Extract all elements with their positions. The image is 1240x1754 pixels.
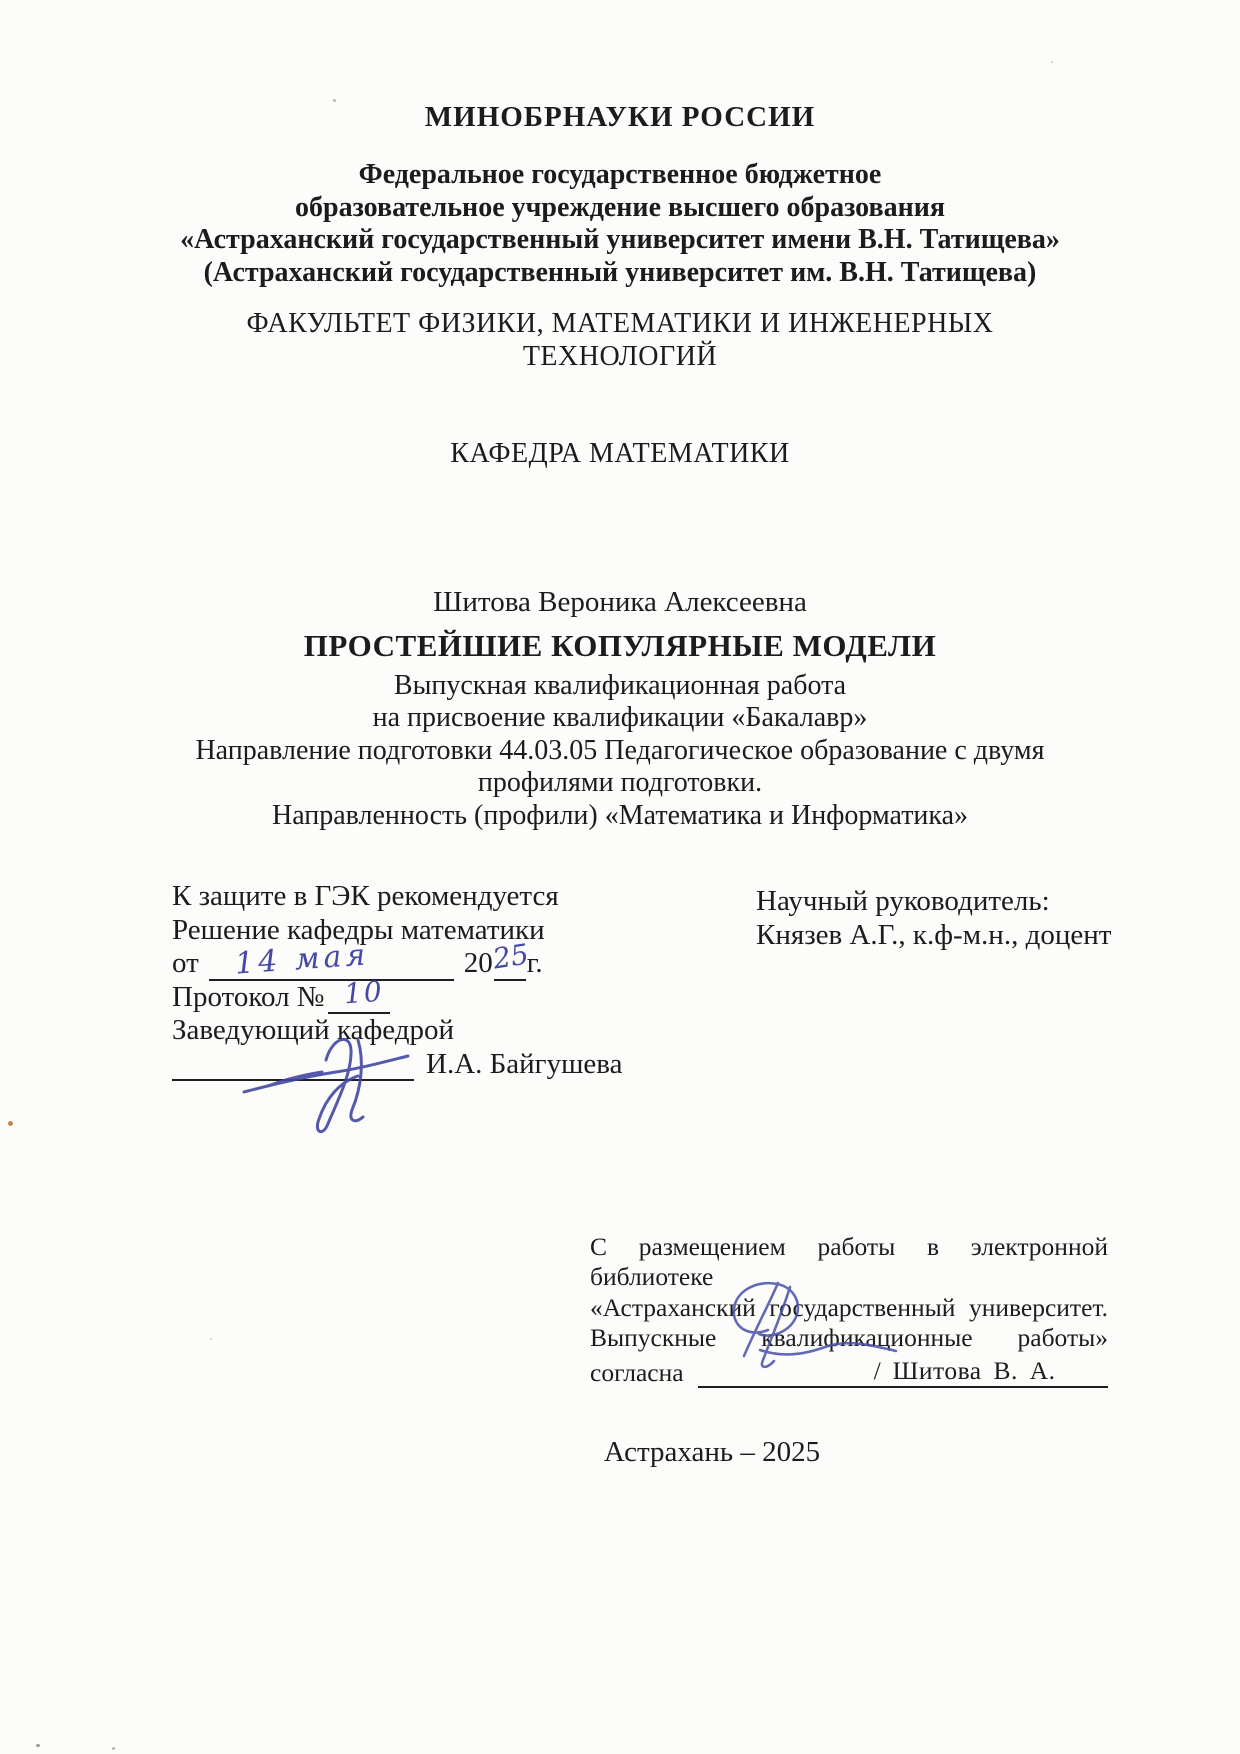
scan-speck <box>1051 61 1053 63</box>
handwritten-year: 25 <box>490 937 530 976</box>
org-line-1: Федеральное государственное бюджетное <box>0 159 1240 192</box>
date-label: от <box>172 947 199 979</box>
qualification-line: на присвоение квалификации «Бакалавр» <box>0 702 1240 734</box>
recommendation-line: К защите в ГЭК рекомендуется <box>172 880 692 914</box>
protocol-blank-line: 10 <box>328 983 390 1014</box>
scan-speck <box>210 1338 212 1340</box>
department-heading: КАФЕДРА МАТЕМАТИКИ <box>0 438 1240 470</box>
program-line-1: Направление подготовки 44.03.05 Педагоги… <box>0 735 1240 767</box>
scan-speck <box>36 1744 40 1747</box>
protocol-line: Протокол №10 <box>172 981 692 1015</box>
consent-line-3: Выпускные квалификационные работы» <box>590 1323 1108 1353</box>
profile-line: Направленность (профили) «Математика и И… <box>0 800 1240 832</box>
thesis-title-page: МИНОБРНАУКИ РОССИИ Федеральное государст… <box>0 0 1240 1754</box>
consent-line-2: «Астраханский государственный университе… <box>590 1293 1108 1323</box>
program-line-2: профилями подготовки. <box>0 767 1240 799</box>
date-blank-line: 14 мая <box>209 950 454 981</box>
work-type-line: Выпускная квалификационная работа <box>0 670 1240 702</box>
supervisor-block: Научный руководитель: Князев А.Г., к.ф-м… <box>756 884 1111 952</box>
head-title-line: Заведующий кафедрой <box>172 1014 692 1048</box>
head-signature-line: И.А. Байгушева <box>172 1048 692 1082</box>
year-prefix: 20 <box>464 947 493 979</box>
university-block: Федеральное государственное бюджетное об… <box>0 159 1240 289</box>
year-blank-line: 25 <box>494 950 526 981</box>
thesis-subinfo-block: Выпускная квалификационная работа на при… <box>0 670 1240 832</box>
author-name: Шитова Вероника Алексеевна <box>0 586 1240 619</box>
consent-line-1: С размещением работы в электронной библи… <box>590 1232 1108 1293</box>
city-year-line: Астрахань – 2025 <box>0 1436 1240 1469</box>
scan-speck <box>112 1747 115 1750</box>
org-line-4: (Астраханский государственный университе… <box>0 257 1240 290</box>
head-signature-blank <box>172 1050 414 1081</box>
handwritten-protocol-number: 10 <box>343 974 385 1010</box>
faculty-line-1: ФАКУЛЬТЕТ ФИЗИКИ, МАТЕМАТИКИ И ИНЖЕНЕРНЫ… <box>0 307 1240 340</box>
consent-signature-underline: / Шитова В. А. <box>698 1356 1108 1388</box>
faculty-heading: ФАКУЛЬТЕТ ФИЗИКИ, МАТЕМАТИКИ И ИНЖЕНЕРНЫ… <box>0 307 1240 373</box>
scan-speck <box>333 99 336 102</box>
org-line-3: «Астраханский государственный университе… <box>0 224 1240 257</box>
protocol-label: Протокол № <box>172 981 324 1013</box>
consent-slash: / <box>874 1356 881 1386</box>
scan-speck <box>8 1121 13 1126</box>
approval-block: К защите в ГЭК рекомендуется Решение каф… <box>172 880 692 1081</box>
consent-block: С размещением работы в электронной библи… <box>590 1232 1108 1388</box>
head-name: И.А. Байгушева <box>426 1048 622 1080</box>
consent-sign-line: согласна / Шитова В. А. <box>590 1356 1108 1388</box>
org-line-2: образовательное учреждение высшего образ… <box>0 192 1240 225</box>
ministry-heading: МИНОБРНАУКИ РОССИИ <box>0 101 1240 134</box>
thesis-title: ПРОСТЕЙШИЕ КОПУЛЯРНЫЕ МОДЕЛИ <box>0 628 1240 664</box>
supervisor-name: Князев А.Г., к.ф-м.н., доцент <box>756 918 1111 952</box>
consent-agree-label: согласна <box>590 1358 684 1388</box>
faculty-line-2: ТЕХНОЛОГИЙ <box>0 340 1240 373</box>
date-line: от14 мая2025г. <box>172 947 692 981</box>
supervisor-label: Научный руководитель: <box>756 884 1111 918</box>
signee-name: Шитова В. А. <box>893 1356 1070 1386</box>
handwritten-date: 14 мая <box>234 938 370 981</box>
decision-line: Решение кафедры математики <box>172 914 692 948</box>
